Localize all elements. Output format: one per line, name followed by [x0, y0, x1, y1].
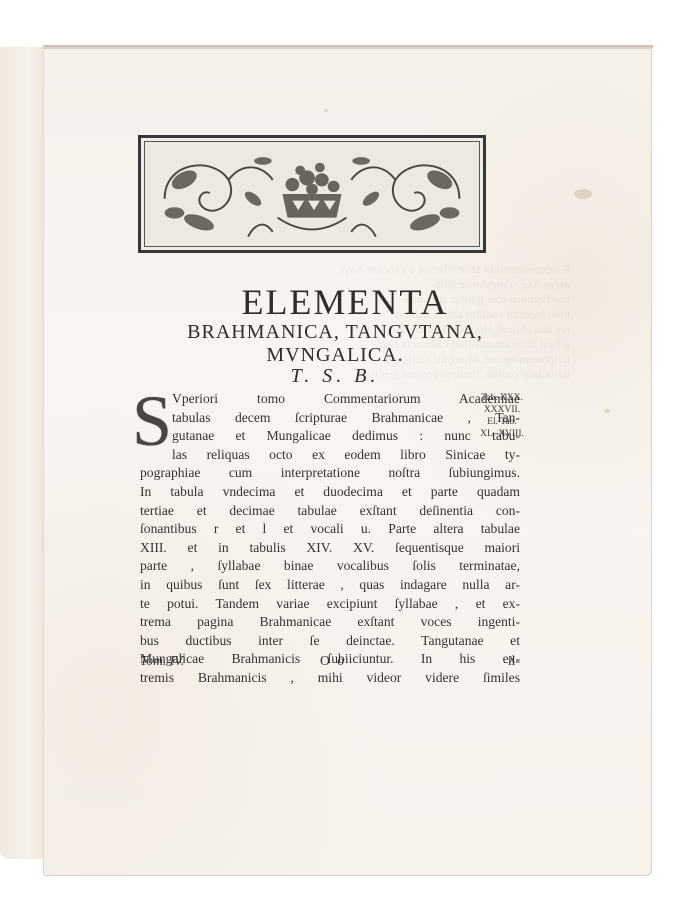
margin-note-line: XL.-XVIII. — [472, 428, 532, 440]
text-line: bus ductibus inter ſe deinctae. Tangutan… — [140, 632, 520, 651]
text-line: tabulas decem ſcripturae Brahmanicae , T… — [140, 409, 520, 428]
title-line-2: BRAHMANICA, TANGVTANA, — [135, 320, 535, 344]
volume-signature: Tom. IV. — [140, 653, 184, 669]
author-initials: T. S. B. — [135, 365, 535, 388]
foxing-spot — [324, 109, 328, 112]
margin-note: Tab. XXX. XXXVII. El. Tab. XL.-XVIII. — [472, 392, 532, 440]
title-line-3: MVNGALICA. — [135, 343, 535, 367]
text-line: in quibus ſunt ſex litterae , quas indag… — [140, 576, 520, 595]
margin-note-line: Tab. XXX. — [472, 392, 532, 404]
ornament-headpiece-icon — [145, 142, 479, 246]
text-line: tertiae et decimae tabulae exſtant deſin… — [140, 502, 520, 521]
catchword: il- — [508, 653, 520, 669]
body-paragraph: Vperiori tomo Commentariorum Academiae t… — [140, 390, 520, 688]
previous-leaf-edge — [0, 47, 48, 859]
text-line: ſonantibus r et l et vocali u. Parte alt… — [140, 520, 520, 539]
foxing-spot — [604, 409, 610, 413]
title-main: ELEMENTA — [150, 282, 540, 322]
margin-note-line: XXXVII. — [472, 404, 532, 416]
text-line: Vperiori tomo Commentariorum Academiae — [140, 390, 520, 409]
text-line: las reliquas octo ex eodem libro Sinicae… — [140, 446, 520, 465]
text-line: pographiae cum interpretatione noſtra ſu… — [140, 464, 520, 483]
text-line: te potui. Tandem variae excipiunt ſyllab… — [140, 595, 520, 614]
woodcut-headpiece — [138, 135, 486, 253]
text-line: parte , ſyllabae binae vocalibus ſolis t… — [140, 557, 520, 576]
foxing-spot — [574, 189, 592, 199]
text-line: gutanae et Mungalicae dedimus : nunc tab… — [140, 427, 520, 446]
text-line: trema pagina Brahmanicae exſtant voces i… — [140, 613, 520, 632]
quire-mark: O o — [320, 653, 346, 669]
text-line: In tabula vndecima et duodecima et parte… — [140, 483, 520, 502]
text-line: XIII. et in tabulis XIV. XV. ſequentisqu… — [140, 539, 520, 558]
margin-note-line: El. Tab. — [472, 416, 532, 428]
text-line: tremis Brahmanicis , mihi videor videre … — [140, 669, 520, 688]
